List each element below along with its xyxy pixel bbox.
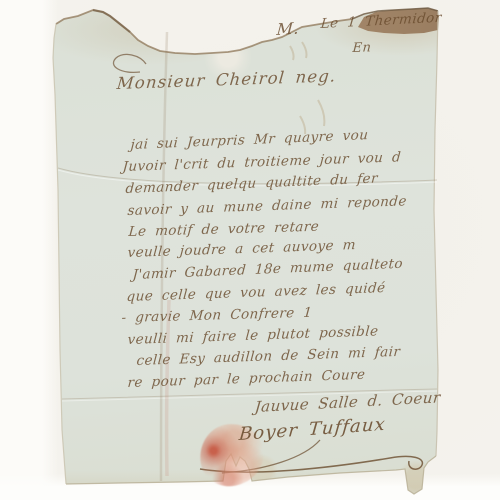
header-year-line: En (352, 40, 372, 56)
letter-photograph: M. Le 1 Thermidor En Monsieur Cheirol ne… (0, 0, 500, 500)
header-monogram: M. (276, 18, 300, 39)
